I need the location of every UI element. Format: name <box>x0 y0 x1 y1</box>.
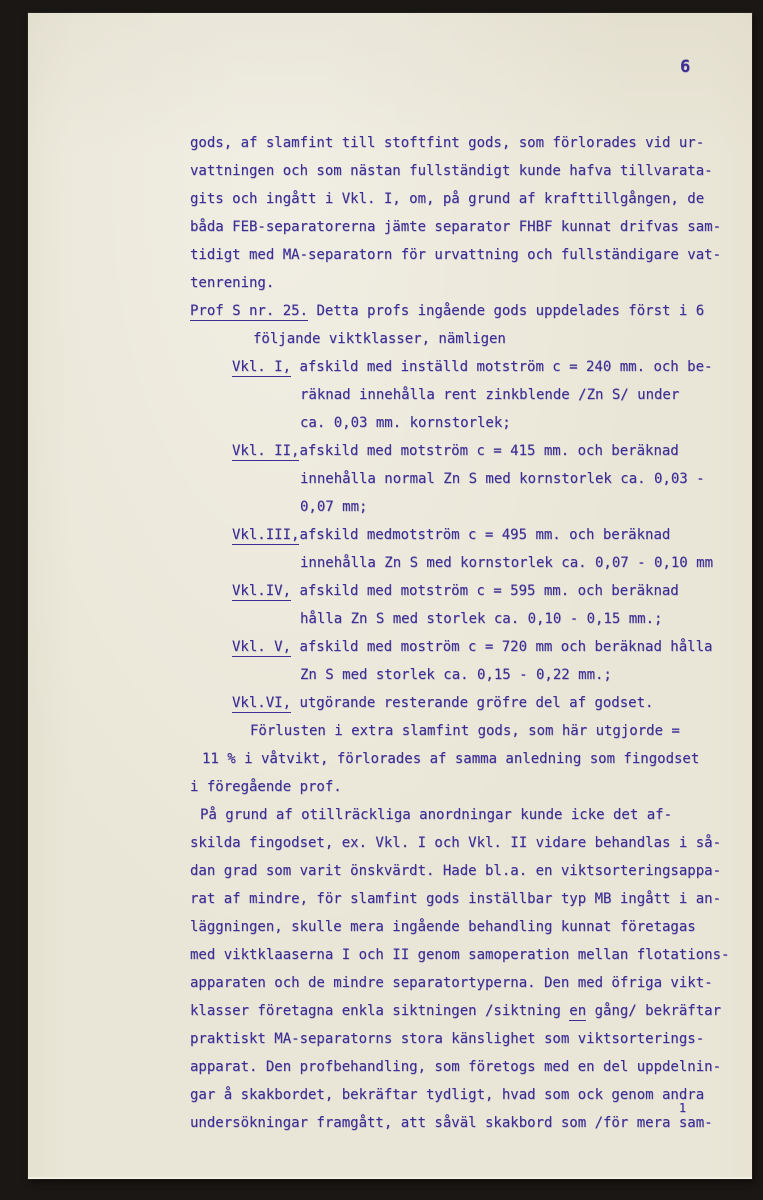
text-run: utgörande resterande gröfre del af godse… <box>291 695 653 711</box>
text-run: i föregående prof. <box>190 779 342 795</box>
text-run: gits och ingått i Vkl. I, om, på grund a… <box>190 191 704 207</box>
text-line: Vkl. V, afskild med moström c = 720 mm o… <box>232 633 742 661</box>
text-run: gar å skakbordet, bekräftar tydligt, hva… <box>190 1087 704 1103</box>
text-run: innehålla Zn S med kornstorlek ca. 0,07 … <box>300 555 713 571</box>
text-line: 0,07 mm; <box>300 493 742 521</box>
text-run: räknad innehålla rent zinkblende /Zn S/ … <box>300 387 679 403</box>
text-line: båda FEB-separatorerna jämte separator F… <box>190 213 742 241</box>
scan-background: 6 gods, af slamfint till stoftfint gods,… <box>0 0 763 1200</box>
text-line: hålla Zn S med storlek ca. 0,10 - 0,15 m… <box>300 605 742 633</box>
text-line: innehålla Zn S med kornstorlek ca. 0,07 … <box>300 549 742 577</box>
text-run: innehålla normal Zn S med kornstorlek ca… <box>300 471 705 487</box>
text-line: dan grad som varit önskvärdt. Hade bl.a.… <box>190 857 742 885</box>
text-run: skilda fingodset, ex. Vkl. I och Vkl. II… <box>190 835 721 851</box>
text-line: Vkl. I, afskild med inställd motström c … <box>232 353 742 381</box>
text-line: innehålla normal Zn S med kornstorlek ca… <box>300 465 742 493</box>
document-body: gods, af slamfint till stoftfint gods, s… <box>190 129 742 1137</box>
text-run: gods, af slamfint till stoftfint gods, s… <box>190 135 704 151</box>
text-line: Prof S nr. 25. Detta profs ingående gods… <box>190 297 742 325</box>
text-line: apparat. Den profbehandling, som företog… <box>190 1053 742 1081</box>
text-line: tidigt med MA-separatorn för urvattning … <box>190 241 742 269</box>
text-run: afskild med inställd motström c = 240 mm… <box>291 359 712 375</box>
underlined-text: Prof S nr. 25. <box>190 303 308 321</box>
text-run: afskild med motström c = 415 mm. och ber… <box>299 443 678 459</box>
text-run: hålla Zn S med storlek ca. 0,10 - 0,15 m… <box>300 611 662 627</box>
underlined-text: en <box>569 1003 586 1021</box>
text-run: läggningen, skulle mera ingående behandl… <box>190 919 696 935</box>
text-run: På grund af otillräckliga anordningar ku… <box>200 807 672 823</box>
text-line: ca. 0,03 mm. kornstorlek; <box>300 409 742 437</box>
document-page: 6 gods, af slamfint till stoftfint gods,… <box>28 13 752 1179</box>
text-run: 11 % i våtvikt, förlorades af samma anle… <box>202 751 699 767</box>
text-run: ca. 0,03 mm. kornstorlek; <box>300 415 511 431</box>
text-run: 0,07 mm; <box>300 499 367 515</box>
text-line: undersökningar framgått, att såväl skakb… <box>190 1109 742 1137</box>
underlined-text: Vkl.IV, <box>232 583 291 601</box>
text-line: praktiskt MA-separatorns stora känslighe… <box>190 1025 742 1053</box>
text-line: rat af mindre, för slamfint gods inställ… <box>190 885 742 913</box>
text-run: båda FEB-separatorerna jämte separator F… <box>190 219 721 235</box>
text-run: dan grad som varit önskvärdt. Hade bl.a.… <box>190 863 721 879</box>
text-line: följande viktklasser, nämligen <box>253 325 742 353</box>
underlined-text: Vkl.VI, <box>232 695 291 713</box>
underlined-text: Vkl.III, <box>232 527 299 545</box>
text-run: gång/ bekräftar <box>586 1003 721 1019</box>
text-run: apparat. Den profbehandling, som företog… <box>190 1059 721 1075</box>
text-line: På grund af otillräckliga anordningar ku… <box>200 801 742 829</box>
text-line: räknad innehålla rent zinkblende /Zn S/ … <box>300 381 742 409</box>
text-run: klasser företagna enkla siktningen /sikt… <box>190 1003 569 1019</box>
underlined-text: Vkl. V, <box>232 639 291 657</box>
text-line: gits och ingått i Vkl. I, om, på grund a… <box>190 185 742 213</box>
text-run: undersökningar framgått, att såväl skakb… <box>190 1115 679 1131</box>
text-line: i föregående prof. <box>190 773 742 801</box>
text-run: afskild med motström c = 595 mm. och ber… <box>291 583 679 599</box>
page-number: 6 <box>680 57 690 77</box>
text-line: 11 % i våtvikt, förlorades af samma anle… <box>202 745 742 773</box>
text-run: apparaten och de mindre separatortyperna… <box>190 975 713 991</box>
text-line: klasser företagna enkla siktningen /sikt… <box>190 997 742 1025</box>
text-line: Förlusten i extra slamfint gods, som här… <box>250 717 742 745</box>
text-line: med viktklaaserna I och II genom samoper… <box>190 941 742 969</box>
text-line: läggningen, skulle mera ingående behandl… <box>190 913 742 941</box>
text-run: tidigt med MA-separatorn för urvattning … <box>190 247 721 263</box>
text-line: vattningen och som nästan fullständigt k… <box>190 157 742 185</box>
text-run: tenrening. <box>190 275 274 291</box>
underlined-text: Vkl. II, <box>232 443 299 461</box>
text-line: Vkl.VI, utgörande resterande gröfre del … <box>232 689 742 717</box>
text-line: gods, af slamfint till stoftfint gods, s… <box>190 129 742 157</box>
text-line: apparaten och de mindre separatortyperna… <box>190 969 742 997</box>
text-line: Vkl.IV, afskild med motström c = 595 mm.… <box>232 577 742 605</box>
text-line: tenrening. <box>190 269 742 297</box>
footnote-mark: 1 <box>679 1094 686 1122</box>
text-line: Zn S med storlek ca. 0,15 - 0,22 mm.; <box>300 661 742 689</box>
text-run: afskild medmotström c = 495 mm. och berä… <box>299 527 670 543</box>
text-run: afskild med moström c = 720 mm och beräk… <box>291 639 712 655</box>
underlined-text: Vkl. I, <box>232 359 291 377</box>
text-line: Vkl.III,afskild medmotström c = 495 mm. … <box>232 521 742 549</box>
text-run: vattningen och som nästan fullständigt k… <box>190 163 713 179</box>
text-run: praktiskt MA-separatorns stora känslighe… <box>190 1031 704 1047</box>
text-run: Detta profs ingående gods uppdelades för… <box>308 303 704 319</box>
text-line: gar å skakbordet, bekräftar tydligt, hva… <box>190 1081 742 1109</box>
text-run: Förlusten i extra slamfint gods, som här… <box>250 723 680 739</box>
text-run: rat af mindre, för slamfint gods inställ… <box>190 891 721 907</box>
text-run: följande viktklasser, nämligen <box>253 331 506 347</box>
text-line: skilda fingodset, ex. Vkl. I och Vkl. II… <box>190 829 742 857</box>
text-run: med viktklaaserna I och II genom samoper… <box>190 947 729 963</box>
text-run: Zn S med storlek ca. 0,15 - 0,22 mm.; <box>300 667 612 683</box>
text-line: Vkl. II,afskild med motström c = 415 mm.… <box>232 437 742 465</box>
